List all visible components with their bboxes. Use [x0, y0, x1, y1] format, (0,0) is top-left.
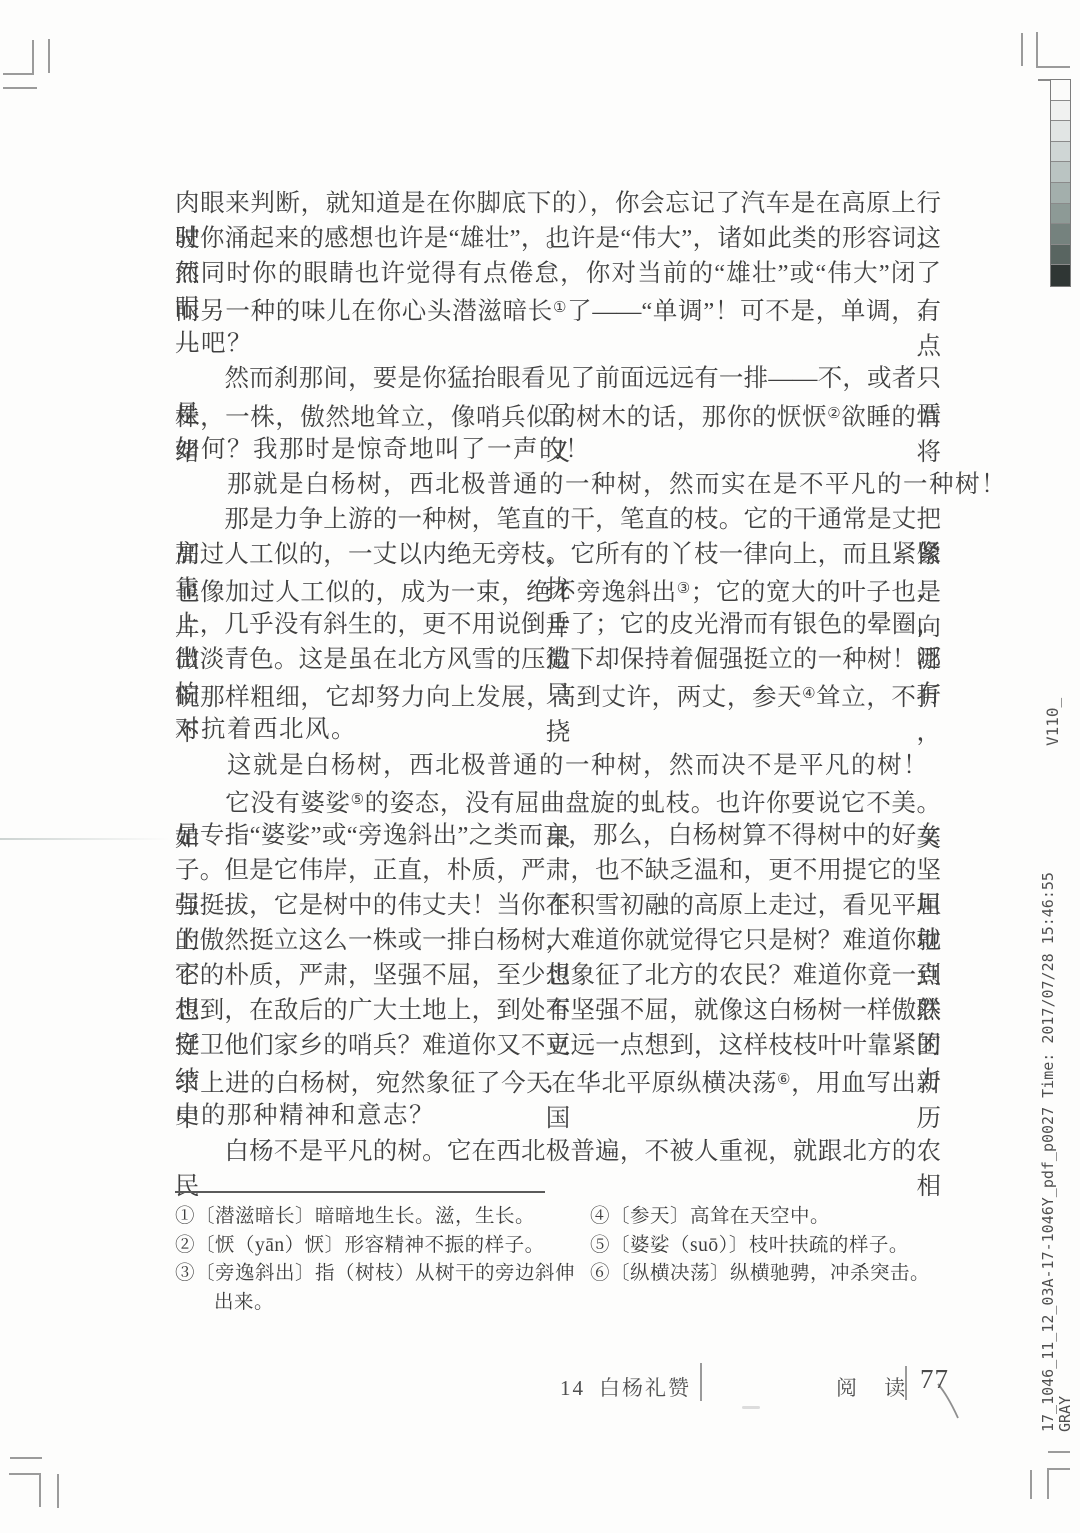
grayscale-step: [1051, 142, 1070, 163]
text-line: 株，一株，傲然地耸立，像哨兵似的树木的话，那你的恹恹②欲睡的情绪又将: [175, 397, 941, 432]
crop-mark-top-right: [1036, 66, 1070, 68]
scan-artifact-line: [0, 838, 170, 840]
page-number-divider: [905, 1366, 907, 1400]
sidebar-version-label: V110_: [1043, 698, 1062, 746]
text-line: 它的朴质，严肃，坚强不屈，至少也象征了北方的农民？难道你竟一点也不联: [175, 958, 941, 993]
crop-mark-bottom-right: [1030, 1470, 1032, 1499]
footnote-item: ②〔恹（yān）恹〕形容精神不振的样子。: [175, 1232, 590, 1261]
footnote-ref: ⑥: [777, 1072, 791, 1088]
crop-mark-bottom-right: [1048, 1451, 1070, 1453]
footnote-item: ⑥〔纵横决荡〕纵横驰骋，冲杀突击。: [590, 1260, 941, 1289]
footnote-column-right: ④〔参天〕高耸在天空中。⑤〔婆娑（suō）〕枝叶扶疏的样子。⑥〔纵横决荡〕纵横驰…: [590, 1203, 941, 1317]
grayscale-step: [1051, 204, 1070, 225]
scan-smudge: [742, 1406, 760, 1409]
text-line: 而同时你的眼睛也许觉得有点倦怠，你对当前的“雄壮”或“伟大”闭了眼，: [175, 256, 941, 291]
text-line: 这就是白杨树，西北极普通的一种树，然而决不是平凡的树！: [175, 748, 941, 783]
text-line: 而另一种的味儿在你心头潜滋暗长①了——“单调”！可不是，单调，有一点: [175, 291, 941, 326]
crop-mark-bottom-left: [10, 1457, 42, 1459]
text-line: 肉眼来判断，就知道是在你脚底下的），你会忘记了汽车是在高原上行驶。这: [175, 186, 941, 221]
sidebar-scan-info: 17_1046_11_12_03A-17-1046Y_pdf_p0027 Tim…: [1040, 872, 1074, 1432]
footnotes: ①〔潜滋暗长〕暗暗地生长。滋，生长。②〔恹（yān）恹〕形容精神不振的样子。③〔…: [175, 1203, 941, 1317]
crop-mark-top-right: [1036, 32, 1038, 68]
crop-mark-bottom-left: [39, 1473, 41, 1507]
text-line: 与挺拔，它是树中的伟丈夫！当你在积雪初融的高原上走过，看见平坦的大地: [175, 888, 941, 923]
text-line: 子。但是它伟岸，正直，朴质，严肃，也不缺乏温和，更不用提它的坚强不屈: [175, 853, 941, 888]
text-line: 也像加过人工似的，成为一束，绝不旁逸斜出③；它的宽大的叶子也是片片向: [175, 572, 941, 607]
footnote-ref: ④: [802, 686, 816, 702]
grayscale-step: [1051, 101, 1070, 122]
text-line: 想到，在敌后的广大土地上，到处有坚强不屈，就像这白杨树一样傲然挺立的: [175, 993, 941, 1028]
text-line: 时你涌起来的感想也许是“雄壮”，也许是“伟大”，诸如此类的形容词；然: [175, 221, 941, 256]
footnote-ref: ③: [677, 581, 691, 597]
crop-mark-top-left: [3, 73, 34, 75]
crop-mark-top-left: [3, 87, 37, 89]
lesson-title: 白杨礼赞: [599, 1376, 691, 1400]
body-text: 肉眼来判断，就知道是在你脚底下的），你会忘记了汽车是在高原上行驶。这时你涌起来的…: [175, 186, 941, 1169]
grayscale-step: [1051, 162, 1070, 183]
crop-mark-bottom-right: [1047, 1468, 1070, 1470]
page-number: 77: [920, 1364, 949, 1395]
gray-label: GRAY: [1057, 872, 1074, 1432]
crop-mark-top-left: [32, 40, 34, 75]
footnote-ref: ②: [827, 406, 841, 422]
text-line: 那是力争上游的一种树，笔直的干，笔直的枝。它的干通常是丈把高，像: [175, 502, 941, 537]
grayscale-step: [1051, 245, 1070, 266]
crop-mark-bottom-right: [1047, 1468, 1049, 1499]
text-line: 出淡青色。这是虽在北方风雪的压迫下却保持着倔强挺立的一种树！哪怕只有: [175, 642, 941, 677]
text-line: 求上进的白杨树，宛然象征了今天在华北平原纵横决荡⑥，用血写出新中国历: [175, 1063, 941, 1098]
scan-info-line: 17_1046_11_12_03A-17-1046Y_pdf_p0027 Tim…: [1040, 872, 1057, 1432]
grayscale-step: [1051, 224, 1070, 245]
text-line: 加过人工似的，一丈以内绝无旁枝。它所有的丫枝一律向上，而且紧紧靠拢，: [175, 537, 941, 572]
text-line: 上，几乎没有斜生的，更不用说倒垂了；它的皮光滑而有银色的晕圈，微微泛: [175, 607, 941, 642]
crop-mark-top-left: [48, 39, 50, 73]
text-line: 上傲然挺立这么一株或一排白杨树，难道你就觉得它只是树？难道你就不想到: [175, 923, 941, 958]
grayscale-calibration-bar: [1050, 79, 1071, 287]
footnote-item: ①〔潜滋暗长〕暗暗地生长。滋，生长。: [175, 1203, 590, 1232]
crop-mark-bottom-left: [57, 1474, 59, 1508]
footnote-column-left: ①〔潜滋暗长〕暗暗地生长。滋，生长。②〔恹（yān）恹〕形容精神不振的样子。③〔…: [175, 1203, 590, 1317]
footnote-ref: ①: [553, 300, 567, 316]
grayscale-step: [1051, 183, 1070, 204]
grayscale-step: [1051, 80, 1070, 101]
footnote-divider: [175, 1191, 545, 1193]
text-line: 白杨不是平凡的树。它在西北极普遍，不被人重视，就跟北方的农民相: [175, 1134, 941, 1169]
footnote-item: ③〔旁逸斜出〕指（树枝）从树干的旁边斜伸出来。: [175, 1260, 590, 1317]
text-line: 守卫他们家乡的哨兵？难道你又不更远一点想到，这样枝枝叶叶靠紧团结，力: [175, 1028, 941, 1063]
grayscale-step: [1051, 265, 1070, 286]
text-line: 是专指“婆娑”或“旁逸斜出”之类而言，那么，白杨树算不得树中的好女: [175, 818, 941, 853]
crop-mark-top-right: [1021, 33, 1023, 66]
footnote-ref: ⑤: [351, 792, 365, 808]
footnote-item: ⑤〔婆娑（suō）〕枝叶扶疏的样子。: [590, 1232, 941, 1261]
lesson-number: 14: [560, 1376, 585, 1400]
footer-divider-bar: [700, 1363, 702, 1401]
text-line: 那就是白杨树，西北极普通的一种树，然而实在是不平凡的一种树！: [175, 467, 941, 502]
text-line: 它没有婆娑⑤的姿态，没有屈曲盘旋的虬枝。也许你要说它不美。如果美: [175, 783, 941, 818]
crop-mark-bottom-left: [9, 1473, 41, 1475]
text-line: 然而刹那间，要是你猛抬眼看见了前面远远有一排——不，或者只是三五: [175, 361, 941, 396]
text-line: 碗那样粗细，它却努力向上发展，高到丈许，两丈，参天④耸立，不折不挠，: [175, 677, 941, 712]
footnote-item: ④〔参天〕高耸在天空中。: [590, 1203, 941, 1232]
grayscale-step: [1051, 121, 1070, 142]
scanned-page: 肉眼来判断，就知道是在你脚底下的），你会忘记了汽车是在高原上行驶。这时你涌起来的…: [0, 0, 1080, 1533]
footer-lesson-title: 14白杨礼赞: [560, 1372, 691, 1402]
